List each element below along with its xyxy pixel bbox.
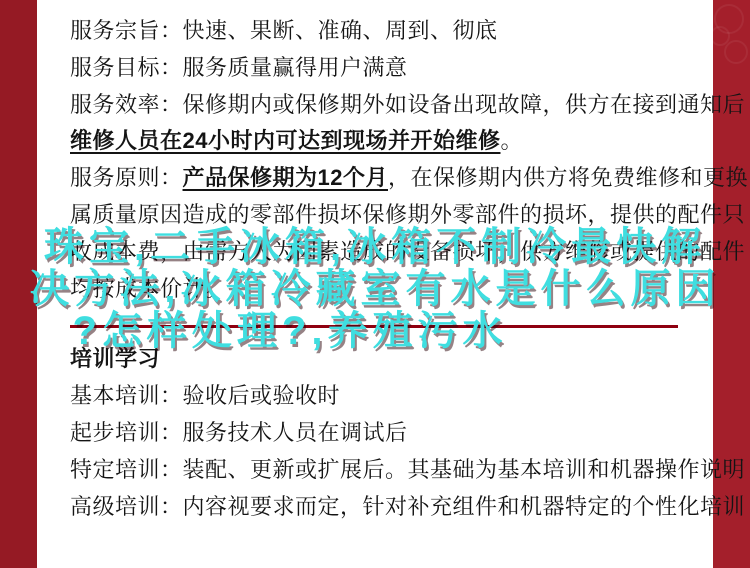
startup-training-line: 起步培训：服务技术人员在调试后 xyxy=(70,415,681,452)
service-purpose-line: 服务宗旨：快速、果断、准确、周到、彻底 xyxy=(70,13,681,50)
advanced-training-line: 高级培训：内容视要求而定，针对补充组件和机器特定的个性化培训 xyxy=(70,489,681,526)
service-efficiency-line: 服务效率：保修期内或保修期外如设备出现故障，供方在接到通知后 xyxy=(70,87,681,124)
floral-decor-icon xyxy=(724,40,748,64)
training-section-heading: 培训学习 xyxy=(70,328,681,378)
basic-training-line: 基本培训：验收后或验收时 xyxy=(70,378,681,415)
bold-underlined-text: 维修人员在24小时内可达到现场并开始维修 xyxy=(70,128,500,153)
period-text: 。 xyxy=(500,128,523,153)
service-principle-continued-line-1: 属质量原因造成的零部件损坏保修期外零部件的损坏，提供的配件只 xyxy=(70,197,681,234)
label-text: 服务原则： xyxy=(70,165,183,190)
service-principle-line: 服务原则：产品保修期为12个月，在保修期内供方将免费维修和更换 xyxy=(70,160,681,197)
service-goal-line: 服务目标：服务质量赢得用户满意 xyxy=(70,50,681,87)
service-principle-continued-line-2: 收成本费，由需方人为因素造成的设备损坏，供方维修或提供的配件 xyxy=(70,234,681,271)
specific-training-line: 特定培训：装配、更新或扩展后。其基础为基本培训和机器操作说明 xyxy=(70,452,681,489)
right-red-band xyxy=(713,0,750,568)
service-efficiency-continued-line: 维修人员在24小时内可达到现场并开始维修。 xyxy=(70,123,681,160)
warranty-period-bold-text: 产品保修期为12个月 xyxy=(183,165,388,190)
article-page: { "colors": { "band_left": "#951a24", "b… xyxy=(0,0,750,568)
tail-text: ，在保修期内供方将免费维修和更换 xyxy=(388,165,748,190)
service-principle-continued-line-3: 均按成本价计。 xyxy=(70,271,681,308)
left-red-band xyxy=(0,0,37,568)
document-content: 服务宗旨：快速、果断、准确、周到、彻底 服务目标：服务质量赢得用户满意 服务效率… xyxy=(37,0,713,568)
